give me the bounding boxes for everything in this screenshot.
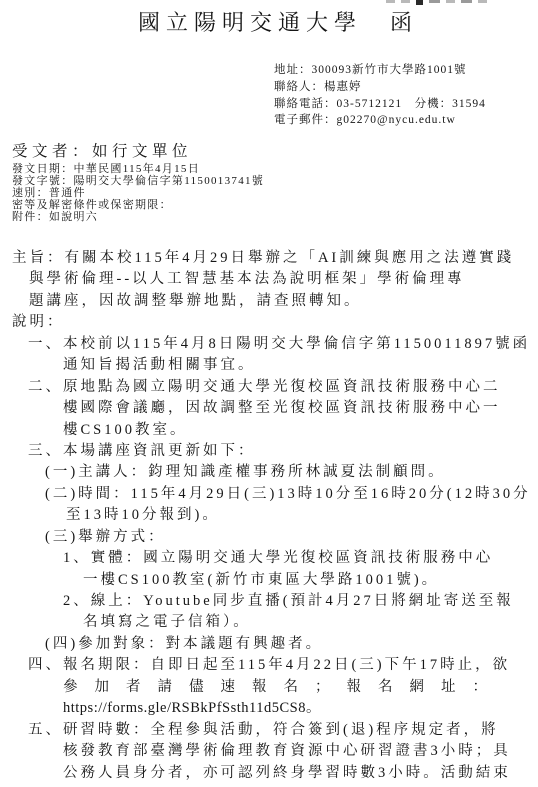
- item-4-line-2: 參加者請儘速報名；報名網址：: [0, 677, 538, 698]
- subitem-format-heading: (三)舉辦方式：: [0, 527, 538, 548]
- item-5-line-2: 核發教育部臺灣學術倫理教育資源中心研習證書3小時；具: [0, 741, 538, 762]
- contact-email: 電子郵件：g02270@nycu.edu.tw: [274, 112, 486, 129]
- recipient-line: 受文者：如行文單位: [12, 139, 192, 161]
- format-online-line-1: 2、線上：Youtube同步直播(預計4月27日將網址寄送至報: [0, 591, 538, 612]
- item-5-line-3: 公務人員身分者，亦可認列終身學習時數3小時。活動結束: [0, 763, 538, 784]
- subject-line-1: 主旨：有關本校115年4月29日舉辦之「AI訓練與應用之法遵實踐: [0, 248, 538, 269]
- item-4-line-1: 四、報名期限：自即日起至115年4月22日(三)下午17時止，欲: [0, 655, 538, 676]
- document-title: 國立陽明交通大學 函: [0, 6, 538, 37]
- meta-attachment: 附件：如說明六: [12, 211, 264, 223]
- contact-address: 地址：300093新竹市大學路1001號: [274, 62, 486, 79]
- item-1-line-1: 一、本校前以115年4月8日陽明交大學倫信字第1150011897號函: [0, 334, 538, 355]
- cutoff-mark: [386, 0, 395, 3]
- document-meta-block: 發文日期：中華民國115年4月15日 發文字號：陽明交大學倫信字第1150013…: [12, 163, 264, 223]
- cutoff-mark: [429, 0, 440, 3]
- scanned-official-letter-page: 國立陽明交通大學 函 地址：300093新竹市大學路1001號 聯絡人：楊惠婷 …: [0, 0, 538, 787]
- subitem-time-line-2: 至13時10分報到)。: [0, 505, 538, 526]
- meta-priority: 速別：普通件: [12, 187, 264, 199]
- explanation-heading: 說明：: [0, 312, 538, 333]
- cutoff-mark: [478, 0, 487, 3]
- format-online-line-2: 名填寫之電子信箱）。: [0, 612, 538, 633]
- item-2-line-1: 二、原地點為國立陽明交通大學光復校區資訊技術服務中心二: [0, 377, 538, 398]
- subject-line-3: 題講座，因故調整舉辦地點，請查照轉知。: [0, 291, 538, 312]
- meta-classification: 密等及解密條件或保密期限：: [12, 199, 264, 211]
- page-top-cutoff-marks: [386, 0, 493, 5]
- contact-phone: 聯絡電話：03-5712121 分機：31594: [274, 96, 486, 113]
- item-2-line-2: 樓國際會議廳，因故調整至光復校區資訊技術服務中心一: [0, 398, 538, 419]
- registration-url: https://forms.gle/RSBkPfSsth11d5CS8。: [0, 698, 538, 719]
- meta-issue-date: 發文日期：中華民國115年4月15日: [12, 163, 264, 175]
- sender-contact-block: 地址：300093新竹市大學路1001號 聯絡人：楊惠婷 聯絡電話：03-571…: [274, 62, 486, 129]
- contact-person: 聯絡人：楊惠婷: [274, 79, 486, 96]
- item-1-line-2: 通知旨揭活動相關事宜。: [0, 355, 538, 376]
- subject-line-2: 與學術倫理--以人工智慧基本法為說明框架」學術倫理專: [0, 269, 538, 290]
- letter-body: 主旨：有關本校115年4月29日舉辦之「AI訓練與應用之法遵實踐 與學術倫理--…: [0, 248, 538, 784]
- cutoff-mark: [446, 0, 455, 3]
- item-2-line-3: 樓CS100教室。: [0, 420, 538, 441]
- cutoff-mark: [416, 0, 423, 5]
- cutoff-mark: [401, 0, 410, 3]
- subitem-audience: (四)參加對象：對本議題有興趣者。: [0, 634, 538, 655]
- subitem-time-line-1: (二)時間：115年4月29日(三)13時10分至16時20分(12時30分: [0, 484, 538, 505]
- item-5-line-1: 五、研習時數：全程參與活動，符合簽到(退)程序規定者，將: [0, 720, 538, 741]
- subitem-speaker: (一)主講人：鈞理知識產權事務所林誠夏法制顧問。: [0, 462, 538, 483]
- meta-doc-number: 發文字號：陽明交大學倫信字第1150013741號: [12, 175, 264, 187]
- item-3-heading: 三、本場講座資訊更新如下：: [0, 441, 538, 462]
- format-onsite-line-2: 一樓CS100教室(新竹市東區大學路1001號)。: [0, 570, 538, 591]
- format-onsite-line-1: 1、實體：國立陽明交通大學光復校區資訊技術服務中心: [0, 548, 538, 569]
- cutoff-mark: [461, 0, 472, 3]
